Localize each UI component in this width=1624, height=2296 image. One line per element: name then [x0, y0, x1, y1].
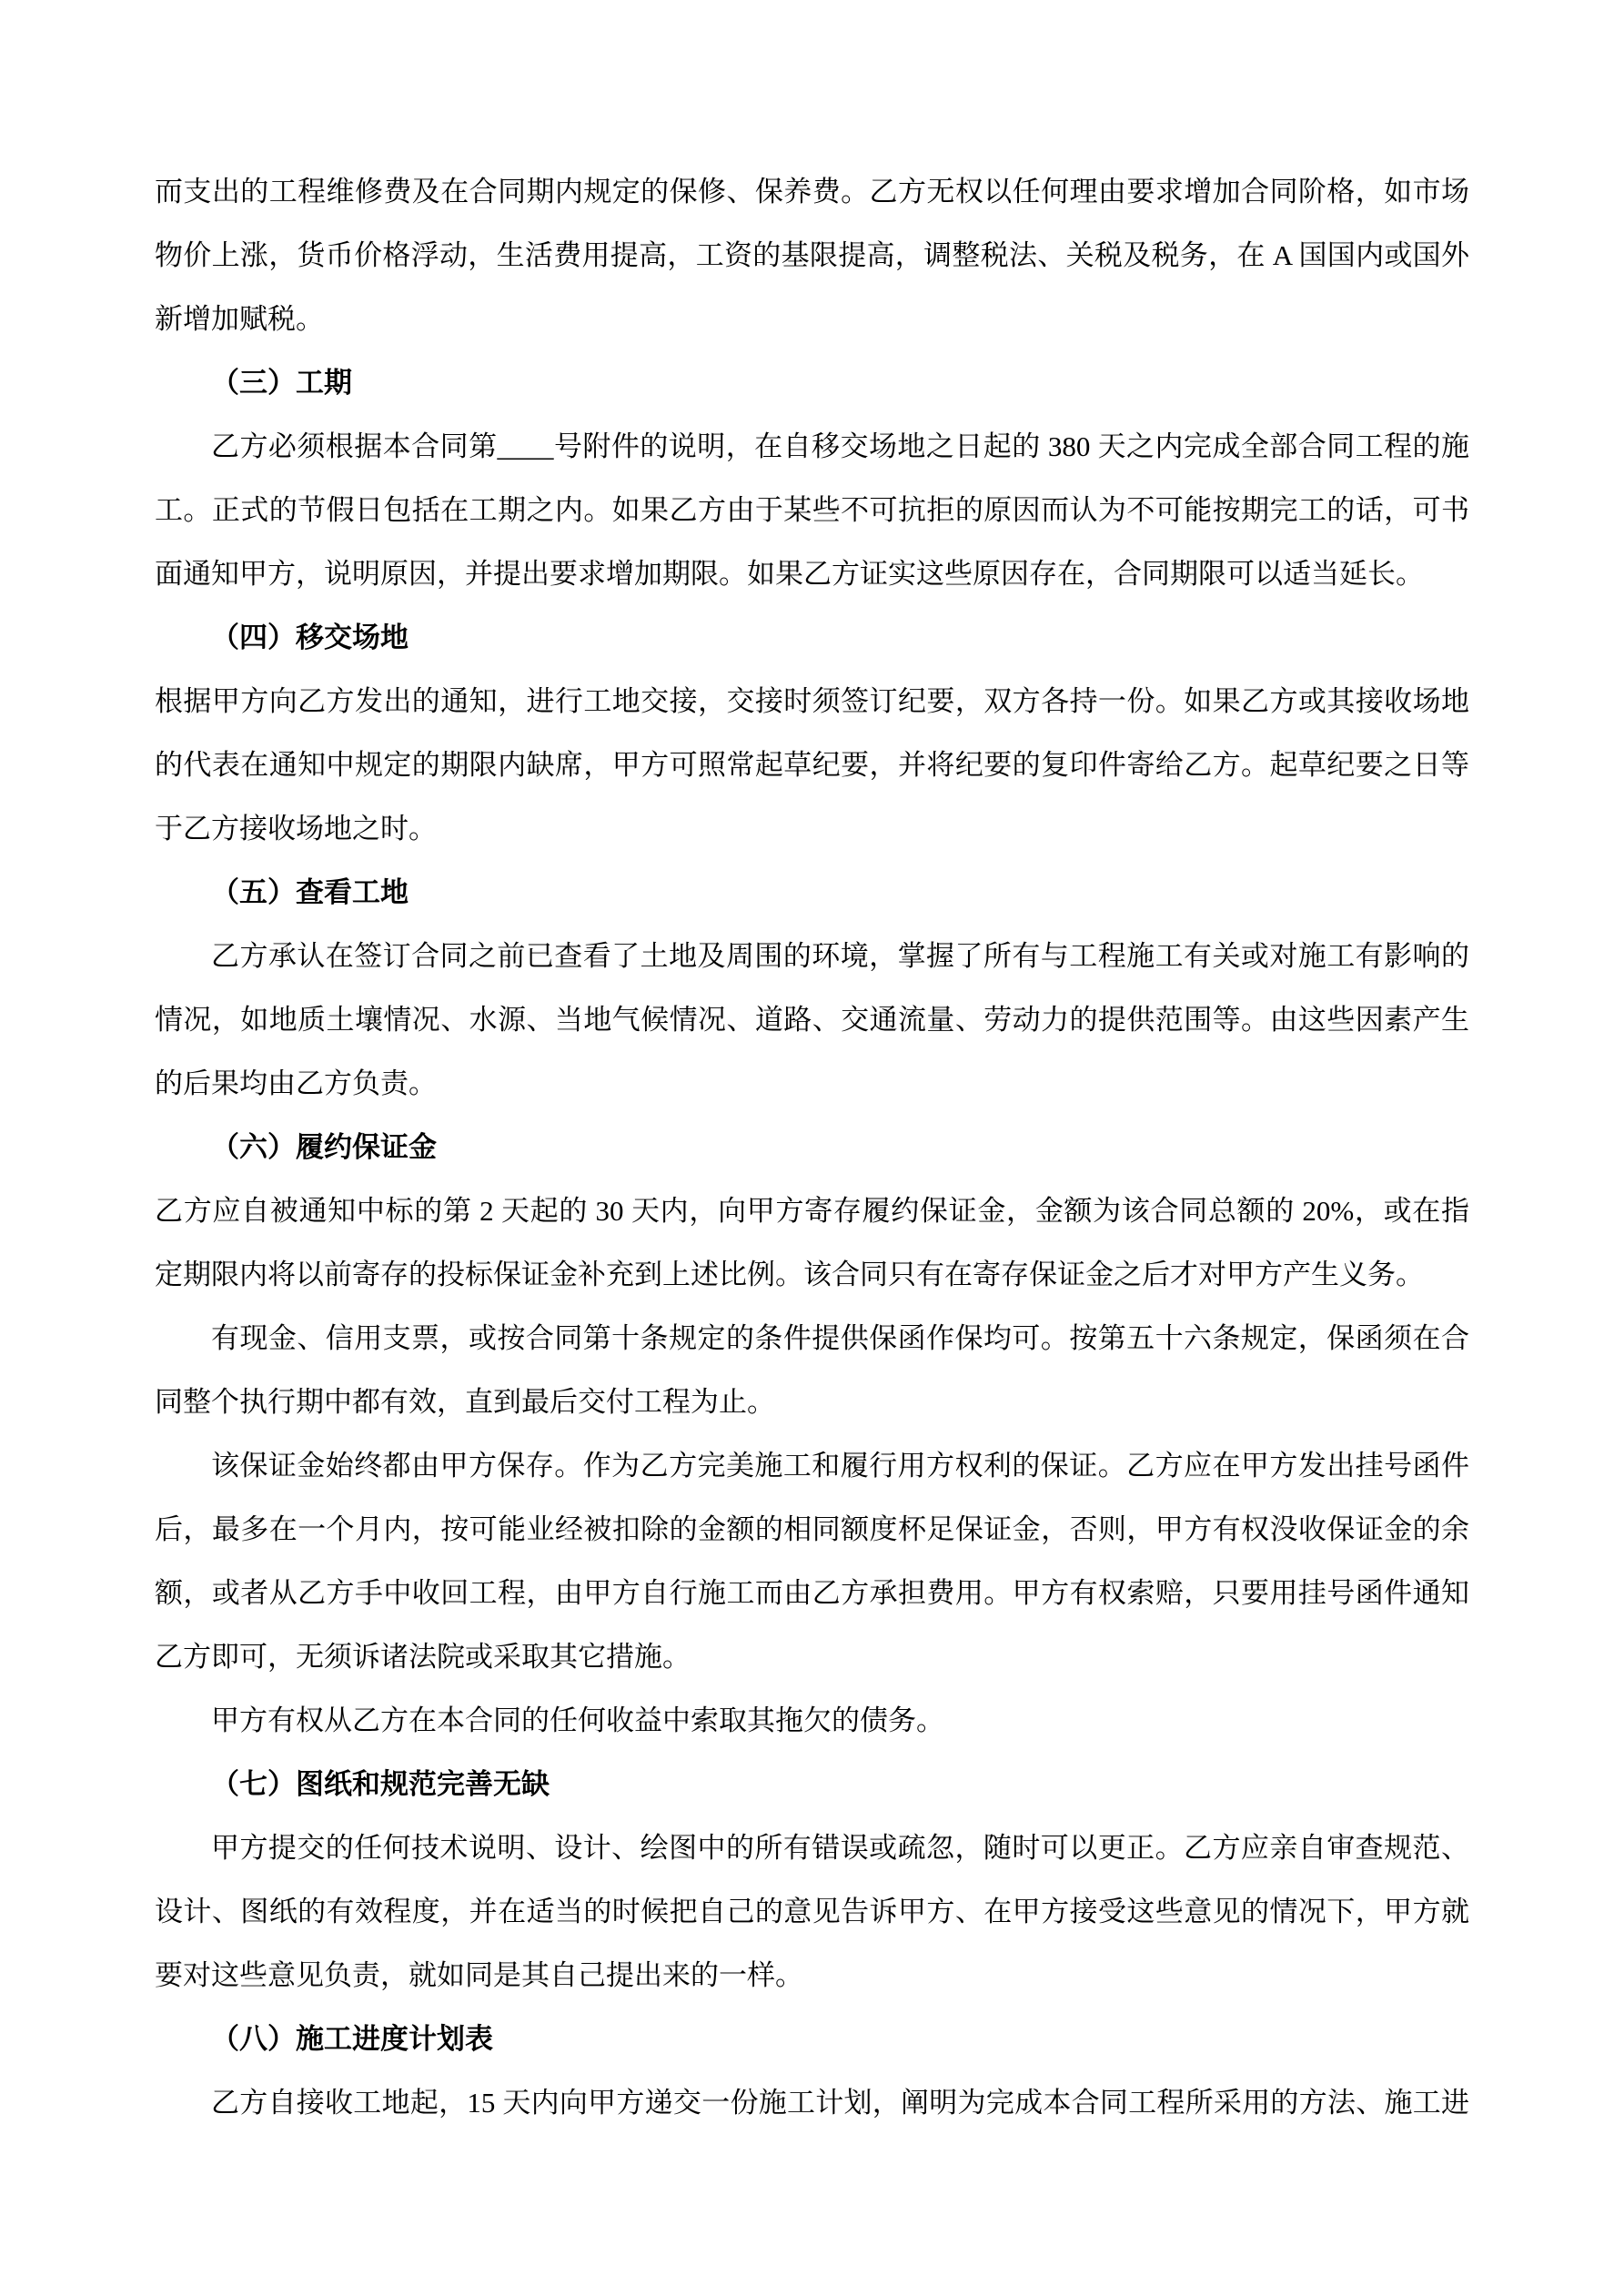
- section-heading: （三）工期: [155, 351, 1469, 415]
- paragraph: 乙方承认在签订合同之前已查看了土地及周围的环境，掌握了所有与工程施工有关或对施工…: [155, 925, 1469, 1116]
- section-heading: （七）图纸和规范完善无缺: [155, 1753, 1469, 1816]
- text-line: 同整个执行期中都有效，直到最后交付工程为止。: [155, 1371, 1469, 1434]
- text-line: 乙方即可，无须诉诸法院或采取其它措施。: [155, 1625, 1469, 1689]
- paragraph: 乙方应自被通知中标的第 2 天起的 30 天内，向甲方寄存履约保证金，金额为该合…: [155, 1179, 1469, 1307]
- section-heading: （六）履约保证金: [155, 1116, 1469, 1179]
- heading-text: （七）图纸和规范完善无缺: [155, 1753, 1469, 1816]
- heading-text: （五）查看工地: [155, 861, 1469, 925]
- section-heading: （八）施工进度计划表: [155, 2008, 1469, 2071]
- section-heading: （五）查看工地: [155, 861, 1469, 925]
- text-line: 甲方有权从乙方在本合同的任何收益中索取其拖欠的债务。: [155, 1689, 1469, 1753]
- heading-text: （四）移交场地: [155, 606, 1469, 670]
- text-line: 根据甲方向乙方发出的通知，进行工地交接，交接时须签订纪要，双方各持一份。如果乙方…: [155, 670, 1469, 733]
- text-line: 要对这些意见负责，就如同是其自己提出来的一样。: [155, 1944, 1469, 2008]
- text-line: 面通知甲方，说明原因，并提出要求增加期限。如果乙方证实这些原因存在，合同期限可以…: [155, 542, 1469, 606]
- paragraph: 乙方必须根据本合同第____号附件的说明，在自移交场地之日起的 380 天之内完…: [155, 415, 1469, 606]
- text-line: 设计、图纸的有效程度，并在适当的时候把自己的意见告诉甲方、在甲方接受这些意见的情…: [155, 1880, 1469, 1944]
- text-line: 的后果均由乙方负责。: [155, 1052, 1469, 1116]
- heading-text: （八）施工进度计划表: [155, 2008, 1469, 2071]
- text-line: 乙方应自被通知中标的第 2 天起的 30 天内，向甲方寄存履约保证金，金额为该合…: [155, 1179, 1469, 1243]
- text-line: 后，最多在一个月内，按可能业经被扣除的金额的相同额度杯足保证金，否则，甲方有权没…: [155, 1498, 1469, 1562]
- text-line: 有现金、信用支票，或按合同第十条规定的条件提供保函作保均可。按第五十六条规定，保…: [155, 1307, 1469, 1371]
- text-line: 工。正式的节假日包括在工期之内。如果乙方由于某些不可抗拒的原因而认为不可能按期完…: [155, 479, 1469, 542]
- paragraph: 甲方有权从乙方在本合同的任何收益中索取其拖欠的债务。: [155, 1689, 1469, 1753]
- text-line: 而支出的工程维修费及在合同期内规定的保修、保养费。乙方无权以任何理由要求增加合同…: [155, 160, 1469, 224]
- heading-text: （六）履约保证金: [155, 1116, 1469, 1179]
- text-line: 于乙方接收场地之时。: [155, 797, 1469, 861]
- paragraph: 乙方自接收工地起，15 天内向甲方递交一份施工计划，阐明为完成本合同工程所采用的…: [155, 2071, 1469, 2135]
- paragraph: 甲方提交的任何技术说明、设计、绘图中的所有错误或疏忽，随时可以更正。乙方应亲自审…: [155, 1816, 1469, 2008]
- text-line: 乙方自接收工地起，15 天内向甲方递交一份施工计划，阐明为完成本合同工程所采用的…: [155, 2071, 1469, 2135]
- section-heading: （四）移交场地: [155, 606, 1469, 670]
- contract-body: 而支出的工程维修费及在合同期内规定的保修、保养费。乙方无权以任何理由要求增加合同…: [155, 160, 1469, 2135]
- heading-text: （三）工期: [155, 351, 1469, 415]
- text-line: 新增加赋税。: [155, 288, 1469, 351]
- paragraph: 该保证金始终都由甲方保存。作为乙方完美施工和履行用方权利的保证。乙方应在甲方发出…: [155, 1434, 1469, 1689]
- text-line: 的代表在通知中规定的期限内缺席，甲方可照常起草纪要，并将纪要的复印件寄给乙方。起…: [155, 733, 1469, 797]
- text-line: 该保证金始终都由甲方保存。作为乙方完美施工和履行用方权利的保证。乙方应在甲方发出…: [155, 1434, 1469, 1498]
- paragraph: 有现金、信用支票，或按合同第十条规定的条件提供保函作保均可。按第五十六条规定，保…: [155, 1307, 1469, 1434]
- text-line: 甲方提交的任何技术说明、设计、绘图中的所有错误或疏忽，随时可以更正。乙方应亲自审…: [155, 1816, 1469, 1880]
- paragraph: 根据甲方向乙方发出的通知，进行工地交接，交接时须签订纪要，双方各持一份。如果乙方…: [155, 670, 1469, 861]
- text-line: 定期限内将以前寄存的投标保证金补充到上述比例。该合同只有在寄存保证金之后才对甲方…: [155, 1243, 1469, 1307]
- text-line: 乙方承认在签订合同之前已查看了土地及周围的环境，掌握了所有与工程施工有关或对施工…: [155, 925, 1469, 988]
- document-page: 而支出的工程维修费及在合同期内规定的保修、保养费。乙方无权以任何理由要求增加合同…: [0, 0, 1624, 2296]
- text-line: 额，或者从乙方手中收回工程，由甲方自行施工而由乙方承担费用。甲方有权索赔，只要用…: [155, 1562, 1469, 1625]
- text-line: 物价上涨，货币价格浮动，生活费用提高，工资的基限提高，调整税法、关税及税务，在 …: [155, 224, 1469, 288]
- text-line: 乙方必须根据本合同第____号附件的说明，在自移交场地之日起的 380 天之内完…: [155, 415, 1469, 479]
- text-line: 情况，如地质土壤情况、水源、当地气候情况、道路、交通流量、劳动力的提供范围等。由…: [155, 988, 1469, 1052]
- paragraph: 而支出的工程维修费及在合同期内规定的保修、保养费。乙方无权以任何理由要求增加合同…: [155, 160, 1469, 351]
